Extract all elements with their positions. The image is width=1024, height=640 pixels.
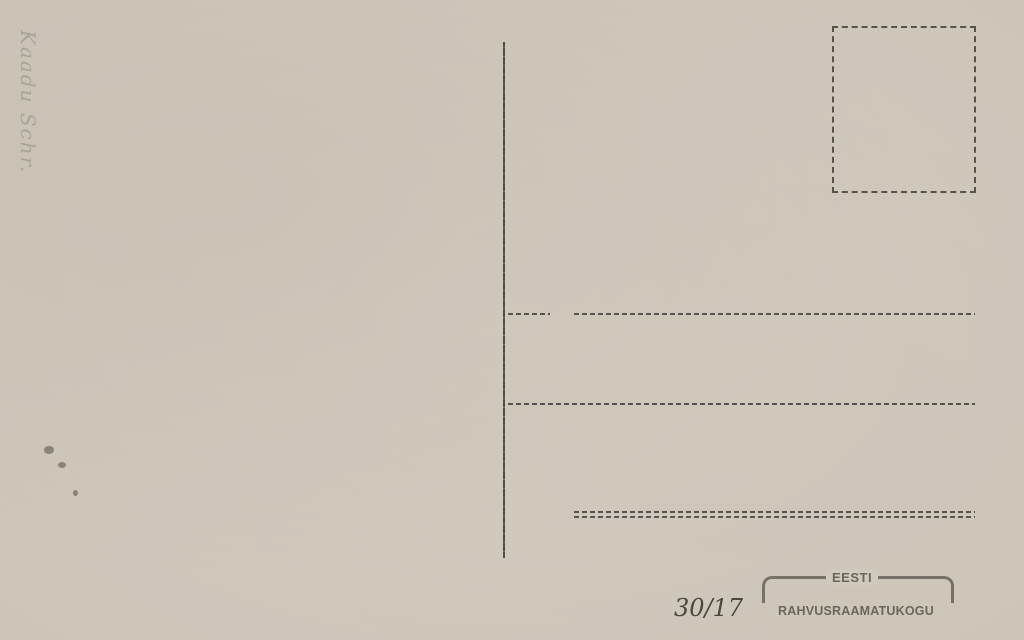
inventory-number: 30/17 bbox=[674, 594, 743, 622]
stain bbox=[44, 446, 54, 454]
divider-line bbox=[503, 42, 505, 558]
address-line-3b bbox=[574, 516, 975, 518]
postcard-back: Kaadu Schr. 30/17 EESTI RAHVUSRAAMATUKOG… bbox=[0, 0, 1024, 640]
stain bbox=[58, 462, 66, 468]
address-line-3a bbox=[574, 511, 975, 513]
library-stamp: EESTI RAHVUSRAAMATUKOGU bbox=[762, 568, 950, 628]
address-line-2 bbox=[508, 403, 975, 405]
stain bbox=[73, 490, 78, 496]
stamp-top-text: EESTI bbox=[826, 570, 878, 585]
address-line-1-left bbox=[508, 313, 550, 315]
stamp-placeholder-box bbox=[832, 26, 976, 193]
stamp-bottom-text: RAHVUSRAAMATUKOGU bbox=[762, 604, 950, 618]
address-line-1 bbox=[574, 313, 975, 315]
margin-handwriting: Kaadu Schr. bbox=[16, 30, 40, 174]
